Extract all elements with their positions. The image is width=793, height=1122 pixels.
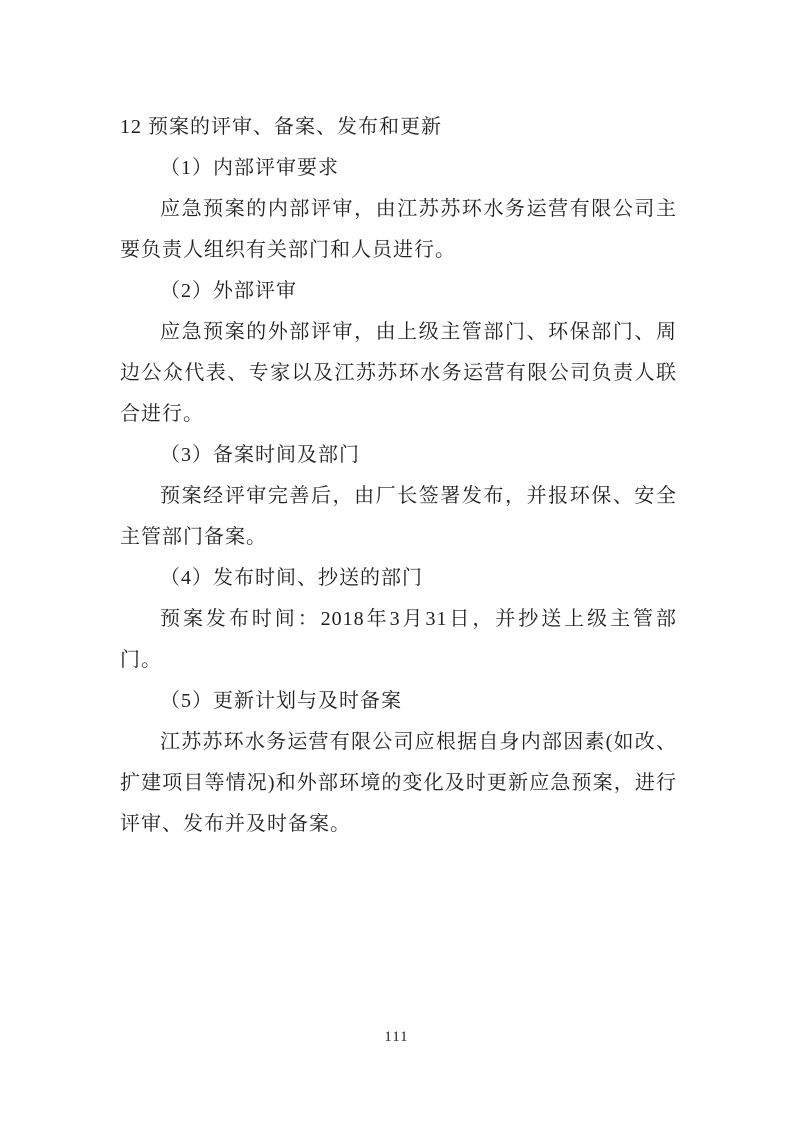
document-body: 12 预案的评审、备案、发布和更新 （1）内部评审要求 应急预案的内部评审，由江… <box>120 107 677 845</box>
page-number: 111 <box>384 1029 408 1045</box>
body-paragraph-3: 预案经评审完善后，由厂长签署发布，并报环保、安全主管部门备案。 <box>120 476 677 558</box>
body-paragraph-1: 应急预案的内部评审，由江苏苏环水务运营有限公司主要负责人组织有关部门和人员进行。 <box>120 189 677 271</box>
body-paragraph-2: 应急预案的外部评审，由上级主管部门、环保部门、周边公众代表、专家以及江苏苏环水务… <box>120 312 677 435</box>
subsection-title-2: （2）外部评审 <box>120 271 677 312</box>
subsection-title-1: （1）内部评审要求 <box>120 148 677 189</box>
subsection-title-5: （5）更新计划与及时备案 <box>120 681 677 722</box>
subsection-title-3: （3）备案时间及部门 <box>120 435 677 476</box>
body-paragraph-5: 江苏苏环水务运营有限公司应根据自身内部因素(如改、扩建项目等情况)和外部环境的变… <box>120 722 677 845</box>
page-footer: 111 <box>0 1028 793 1046</box>
subsection-title-4: （4）发布时间、抄送的部门 <box>120 558 677 599</box>
document-page: 12 预案的评审、备案、发布和更新 （1）内部评审要求 应急预案的内部评审，由江… <box>0 0 793 1122</box>
chapter-heading: 12 预案的评审、备案、发布和更新 <box>120 107 677 148</box>
body-paragraph-4: 预案发布时间：2018年3月31日，并抄送上级主管部门。 <box>120 599 677 681</box>
